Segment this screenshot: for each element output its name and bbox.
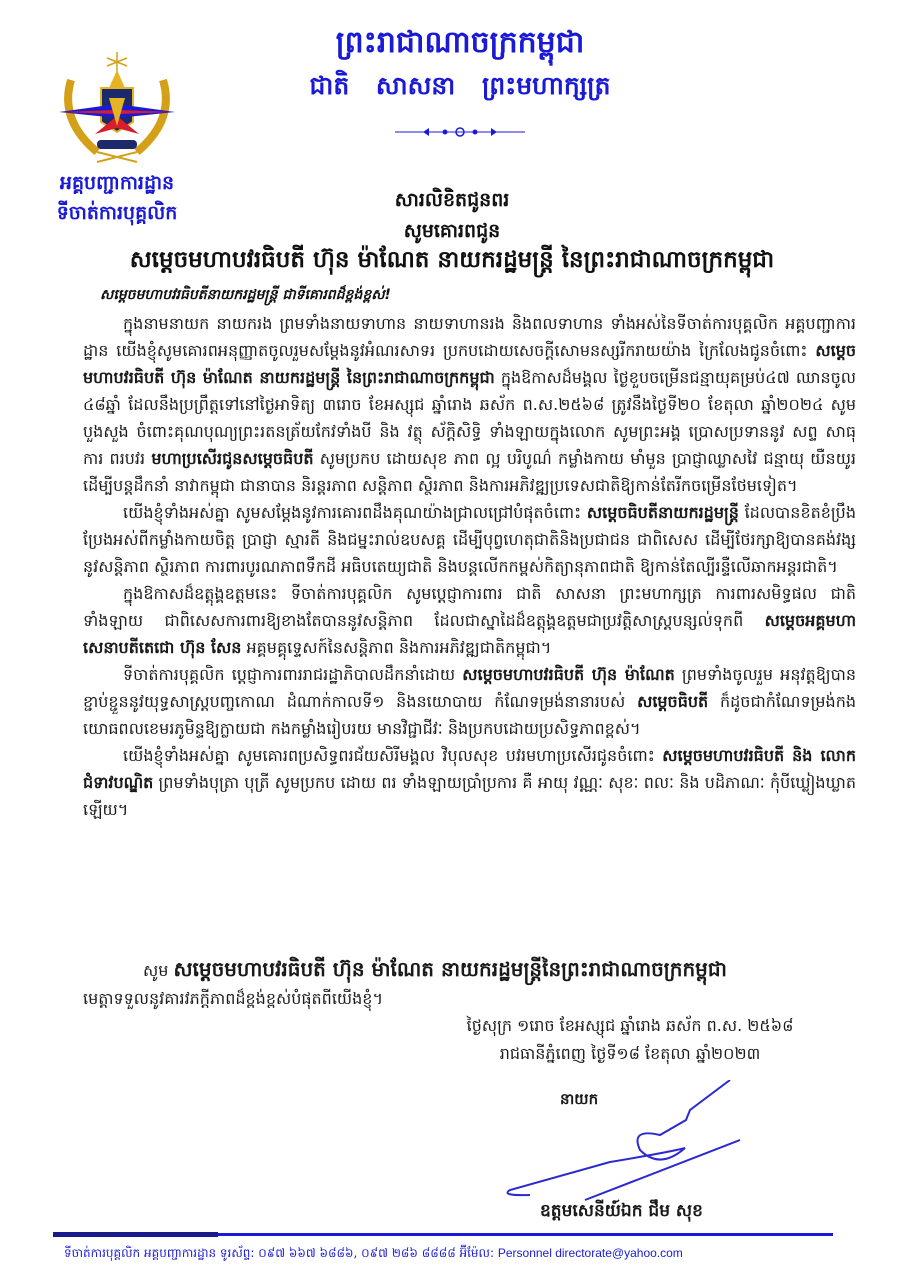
signer-name: ឧត្តមសេនីយ៍ឯក ជឹម សុខ xyxy=(540,1200,703,1225)
paragraph: ទីចាត់ការបុគ្គលិក ប្តេជ្ញាការពាររាជរដ្ឋា… xyxy=(83,661,856,742)
bold-text: សម្តេចមហាបវរធិបតី ហ៊ុន ម៉ាណែត នាយករដ្ឋមន… xyxy=(173,957,726,981)
letter-respect: សូមគោរពជូន xyxy=(0,216,904,247)
army-emblem-icon xyxy=(57,50,177,168)
text: សូម xyxy=(143,961,173,980)
text: អគ្គមគ្គុទ្ទេសក៍នៃសន្តិភាព និងការអភិវឌ្ឍ… xyxy=(241,638,551,657)
text: ទីចាត់ការបុគ្គលិក ប្តេជ្ញាការពាររាជរដ្ឋា… xyxy=(123,665,462,684)
bold-text: មហាប្រសើរជូនសម្តេចធិបតី xyxy=(151,449,313,468)
letterhead: ព្រះរាជាណាចក្រកម្ពុជា ជាតិ សាសនា ព្រះមហា… xyxy=(180,20,740,138)
letter-heading: សារលិខិតជូនពរ សូមគោរពជូន xyxy=(0,185,904,247)
text: ក្នុងឱកាសដ៏ឧត្តុង្គឧត្តមនេះ ទីចាត់ការបុគ… xyxy=(83,584,856,630)
date-block: ថ្ងៃសុក្រ ១រោច ខែអស្សុជ ឆ្នាំរោង ឆស័ក ព.… xyxy=(430,1012,830,1068)
footer-text: ទីចាត់ការបុគ្គលិក អគ្គបញ្ជាការដ្ឋាន ទូរស… xyxy=(64,1246,498,1260)
footer-divider xyxy=(53,1233,833,1236)
text: ក្នុងនាមនាយក នាយករង ព្រមទាំងនាយទាហាន នាយ… xyxy=(83,314,856,360)
national-motto: ជាតិ សាសនា ព្រះមហាក្សត្រ xyxy=(180,66,740,106)
salutation: សម្តេចមហាបវរធិបតីនាយករដ្ឋមន្ត្រី ជាទីគោរ… xyxy=(100,285,391,306)
paragraph: យើងខ្ញុំទាំងអស់គ្នា សូមគោរពប្រសិទ្ធពរជ័យ… xyxy=(83,742,856,823)
text: យើងខ្ញុំទាំងអស់គ្នា សូមគោរពប្រសិទ្ធពរជ័យ… xyxy=(123,746,662,765)
letter-body: ក្នុងនាមនាយក នាយករង ព្រមទាំងនាយទាហាន នាយ… xyxy=(83,310,856,823)
date-solar: រាជធានីភ្នំពេញ ថ្ងៃទី១៨ ខែតុលា ឆ្នាំ២០២៣ xyxy=(430,1040,830,1068)
ornament-divider-icon xyxy=(395,126,525,138)
kingdom-title: ព្រះរាជាណាចក្រកម្ពុជា xyxy=(180,20,740,66)
date-lunar: ថ្ងៃសុក្រ ១រោច ខែអស្សុជ ឆ្នាំរោង ឆស័ក ព.… xyxy=(430,1012,830,1040)
signature-icon xyxy=(490,1080,750,1210)
closing: សូម សម្តេចមហាបវរធិបតី ហ៊ុន ម៉ាណែត នាយករដ… xyxy=(83,955,863,1013)
closing-line1: សូម សម្តេចមហាបវរធិបតី ហ៊ុន ម៉ាណែត នាយករដ… xyxy=(83,955,863,985)
paragraph: ក្នុងឱកាសដ៏ឧត្តុង្គឧត្តមនេះ ទីចាត់ការបុគ… xyxy=(83,580,856,661)
bold-text: សម្តេចធិបតី xyxy=(637,692,708,711)
closing-line2: មេត្តាទទួលនូវគារវភក្តីភាពដ៏ខ្ពង់ខ្ពស់បំផ… xyxy=(83,985,863,1013)
addressee: សម្តេចមហាបវរធិបតី ហ៊ុន ម៉ាណែត នាយករដ្ឋមន… xyxy=(0,245,904,275)
paragraph: យើងខ្ញុំទាំងអស់គ្នា សូមសម្តែងនូវការគោរពដ… xyxy=(83,499,856,580)
footer-email-link[interactable]: Personnel directorate@yahoo.com xyxy=(498,1246,683,1260)
text: ព្រមទាំងបុត្រា បុត្រី សូមប្រកប ដោយ ពរ ទា… xyxy=(83,773,856,819)
paragraph: ក្នុងនាមនាយក នាយករង ព្រមទាំងនាយទាហាន នាយ… xyxy=(83,310,856,499)
bold-text: សម្តេចធិបតីនាយករដ្ឋមន្ត្រី xyxy=(587,503,739,522)
bold-text: សម្តេចមហាបវរធិបតី ហ៊ុន ម៉ាណែត xyxy=(462,665,675,684)
footer-contact: ទីចាត់ការបុគ្គលិក អគ្គបញ្ជាការដ្ឋាន ទូរស… xyxy=(64,1245,683,1263)
text: យើងខ្ញុំទាំងអស់គ្នា សូមសម្តែងនូវការគោរពដ… xyxy=(123,503,587,522)
letter-type: សារលិខិតជូនពរ xyxy=(0,185,904,216)
